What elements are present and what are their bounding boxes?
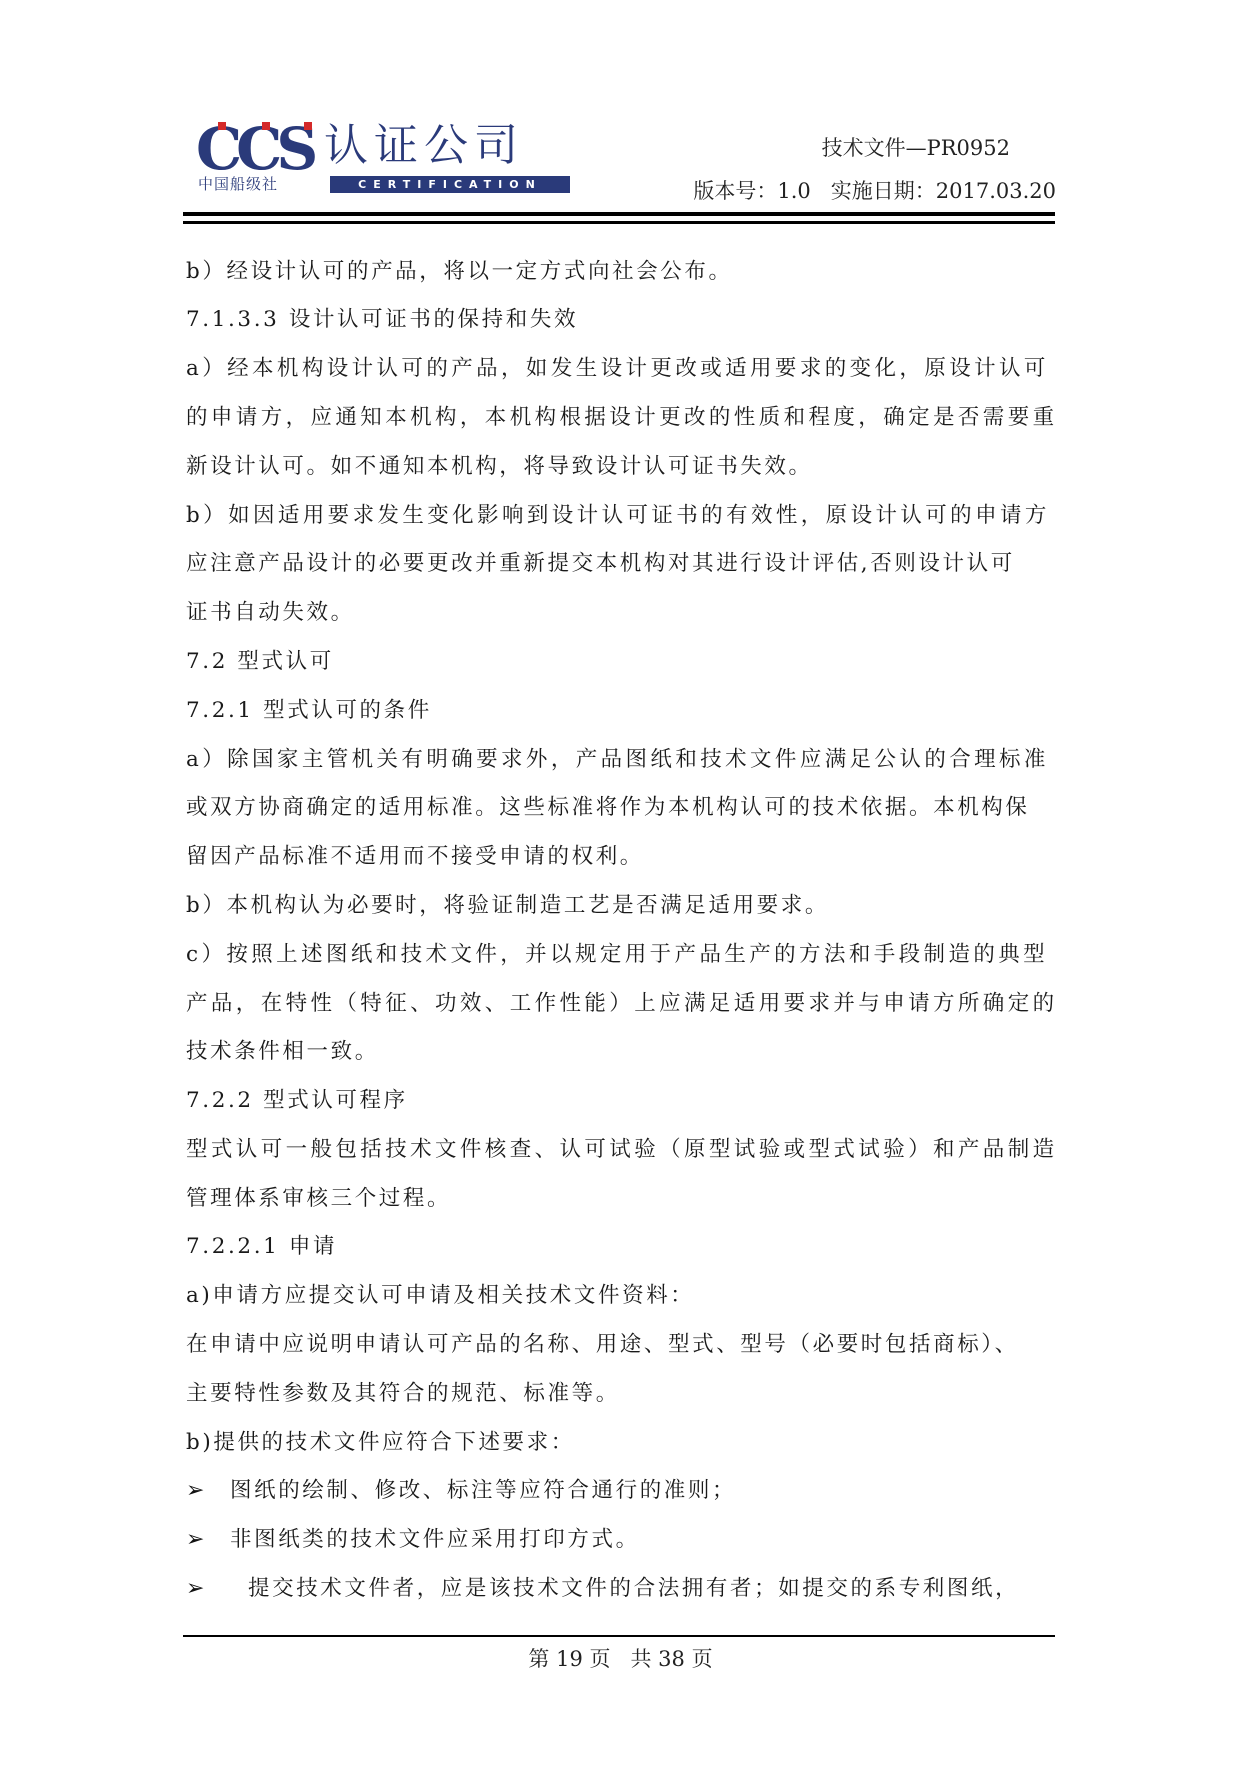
paragraph-line: a)申请方应提交认可申请及相关技术文件资料： bbox=[186, 1281, 1058, 1311]
paragraph-line: 型式认可一般包括技术文件核查、认可试验（原型试验或型式试验）和产品制造 bbox=[186, 1135, 1058, 1165]
logo-red-mark-icon bbox=[218, 122, 226, 130]
paragraph-line: 产品，在特性（特征、功效、工作性能）上应满足适用要求并与申请方所确定的 bbox=[186, 989, 1058, 1019]
paragraph-line: 或双方协商确定的适用标准。这些标准将作为本机构认可的技术依据。本机构保 bbox=[186, 793, 1058, 823]
bullet-item: 提交技术文件者，应是该技术文件的合法拥有者；如提交的系专利图纸， bbox=[248, 1574, 1019, 1604]
bullet-item: 非图纸类的技术文件应采用打印方式。 bbox=[230, 1525, 640, 1555]
paragraph-line: 在申请中应说明申请认可产品的名称、用途、型式、型号（必要时包括商标）、 bbox=[186, 1330, 1058, 1360]
logo-en-subtitle: CERTIFICATION bbox=[330, 176, 570, 193]
paragraph-line: 证书自动失效。 bbox=[186, 598, 1058, 628]
section-heading: 7.2.1 型式认可的条件 bbox=[186, 696, 1058, 726]
header-rule-thin bbox=[183, 221, 1055, 224]
section-heading: 7.2.2 型式认可程序 bbox=[186, 1086, 1058, 1116]
section-heading: 7.2 型式认可 bbox=[186, 647, 1058, 677]
logo-ccs-text: CCS bbox=[196, 120, 312, 178]
logo-cn-title: 认证公司 bbox=[324, 120, 524, 172]
paragraph-line: 留因产品标准不适用而不接受申请的权利。 bbox=[186, 842, 1058, 872]
document-page: CCS 认证公司 中国船级社 CERTIFICATION 技术文件—PR0952… bbox=[0, 0, 1241, 1778]
paragraph-line: a）除国家主管机关有明确要求外，产品图纸和技术文件应满足公认的合理标准 bbox=[186, 745, 1058, 775]
section-heading: 7.1.3.3 设计认可证书的保持和失效 bbox=[186, 305, 1058, 335]
paragraph-line: 的申请方，应通知本机构，本机构根据设计更改的性质和程度，确定是否需要重 bbox=[186, 403, 1058, 433]
arrow-bullet-icon: ➢ bbox=[186, 1476, 204, 1506]
paragraph-line: 应注意产品设计的必要更改并重新提交本机构对其进行设计评估,否则设计认可 bbox=[186, 549, 1058, 579]
paragraph-line: 主要特性参数及其符合的规范、标准等。 bbox=[186, 1379, 1058, 1409]
document-code: 技术文件—PR0952 bbox=[822, 135, 1010, 161]
arrow-bullet-icon: ➢ bbox=[186, 1574, 204, 1604]
paragraph-line: a）经本机构设计认可的产品，如发生设计更改或适用要求的变化，原设计认可 bbox=[186, 354, 1058, 384]
paragraph-line: 技术条件相一致。 bbox=[186, 1037, 1058, 1067]
bullet-item: 图纸的绘制、修改、标注等应符合通行的准则； bbox=[230, 1476, 736, 1506]
logo-red-mark-icon bbox=[304, 122, 312, 130]
logo-red-mark-icon bbox=[262, 122, 270, 130]
version-and-date: 版本号：1.0 实施日期：2017.03.20 bbox=[693, 178, 1056, 204]
paragraph-line: b)提供的技术文件应符合下述要求： bbox=[186, 1428, 1058, 1458]
arrow-bullet-icon: ➢ bbox=[186, 1525, 204, 1555]
ccs-certification-logo: CCS 认证公司 中国船级社 CERTIFICATION bbox=[196, 120, 570, 194]
footer-rule bbox=[183, 1635, 1055, 1637]
page-number: 第 19 页 共 38 页 bbox=[0, 1645, 1241, 1673]
paragraph-line: b）本机构认为必要时，将验证制造工艺是否满足适用要求。 bbox=[186, 891, 1058, 921]
paragraph-line: b）如因适用要求发生变化影响到设计认可证书的有效性，原设计认可的申请方 bbox=[186, 501, 1058, 531]
paragraph-line: c）按照上述图纸和技术文件，并以规定用于产品生产的方法和手段制造的典型 bbox=[186, 940, 1058, 970]
section-heading: 7.2.2.1 申请 bbox=[186, 1232, 1058, 1262]
paragraph-line: b）经设计认可的产品，将以一定方式向社会公布。 bbox=[186, 257, 1058, 287]
logo-cn-subtitle: 中国船级社 bbox=[198, 176, 278, 192]
header-rule-thick bbox=[183, 212, 1055, 216]
paragraph-line: 新设计认可。如不通知本机构，将导致设计认可证书失效。 bbox=[186, 452, 1058, 482]
paragraph-line: 管理体系审核三个过程。 bbox=[186, 1184, 1058, 1214]
